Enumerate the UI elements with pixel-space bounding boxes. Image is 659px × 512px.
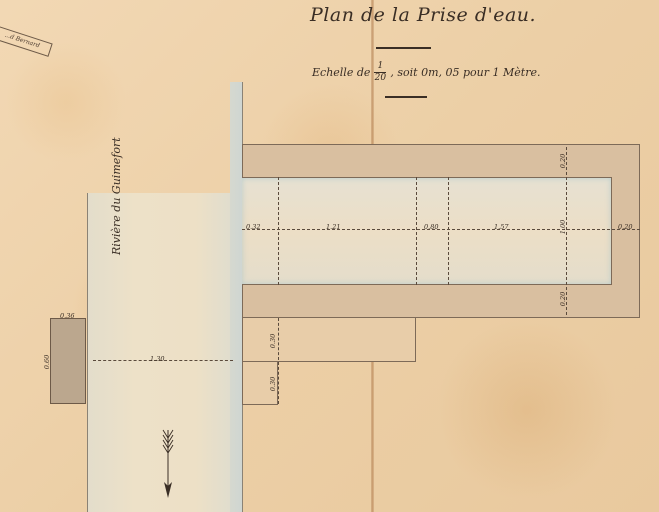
dim-lower-lower: 0.30 bbox=[269, 377, 277, 391]
dim-lower-upper: 0.30 bbox=[269, 334, 277, 348]
intake-basin bbox=[242, 177, 612, 285]
scale-fraction: 1 20 bbox=[374, 62, 386, 83]
dim-vertical-bottom: 0.20 bbox=[559, 292, 567, 306]
dim-left-block-height: 0.60 bbox=[43, 355, 51, 369]
river-label: Rivière du Guimefort bbox=[110, 137, 123, 255]
lower-platform bbox=[242, 318, 416, 362]
basin-dimension-line bbox=[242, 229, 640, 230]
dim-basin-0: 0.32 bbox=[246, 223, 260, 231]
scale-prefix: Echelle de bbox=[312, 66, 370, 79]
basin-grid-line-2 bbox=[416, 177, 417, 285]
dim-basin-4: 0.20 bbox=[618, 223, 632, 231]
lower-vertical-dimension-line bbox=[278, 318, 279, 404]
scale-note: Echelle de 1 20 , soit 0m, 05 pour 1 Mèt… bbox=[312, 62, 540, 83]
title-underline bbox=[376, 47, 431, 49]
arrow-down-icon bbox=[160, 428, 176, 500]
scale-suffix: , soit 0m, 05 pour 1 Mètre. bbox=[390, 66, 540, 79]
drawing-title: Plan de la Prise d'eau. bbox=[310, 4, 536, 26]
dim-basin-3: 1.57 bbox=[494, 223, 508, 231]
scale-underline bbox=[385, 96, 427, 98]
dim-basin-2: 0.80 bbox=[424, 223, 438, 231]
dim-left-block-width: 0.36 bbox=[60, 312, 74, 320]
dim-river-width: 1.30 bbox=[150, 355, 164, 363]
dim-vertical-middle: 1.00 bbox=[559, 220, 567, 234]
scale-numerator: 1 bbox=[378, 62, 384, 71]
dim-vertical-top: 0.20 bbox=[559, 154, 567, 168]
basin-grid-line-1 bbox=[278, 177, 279, 285]
left-masonry-block bbox=[50, 318, 86, 404]
scale-denominator: 20 bbox=[375, 74, 386, 83]
dim-basin-1: 1.21 bbox=[326, 223, 340, 231]
basin-grid-line-3 bbox=[448, 177, 449, 285]
